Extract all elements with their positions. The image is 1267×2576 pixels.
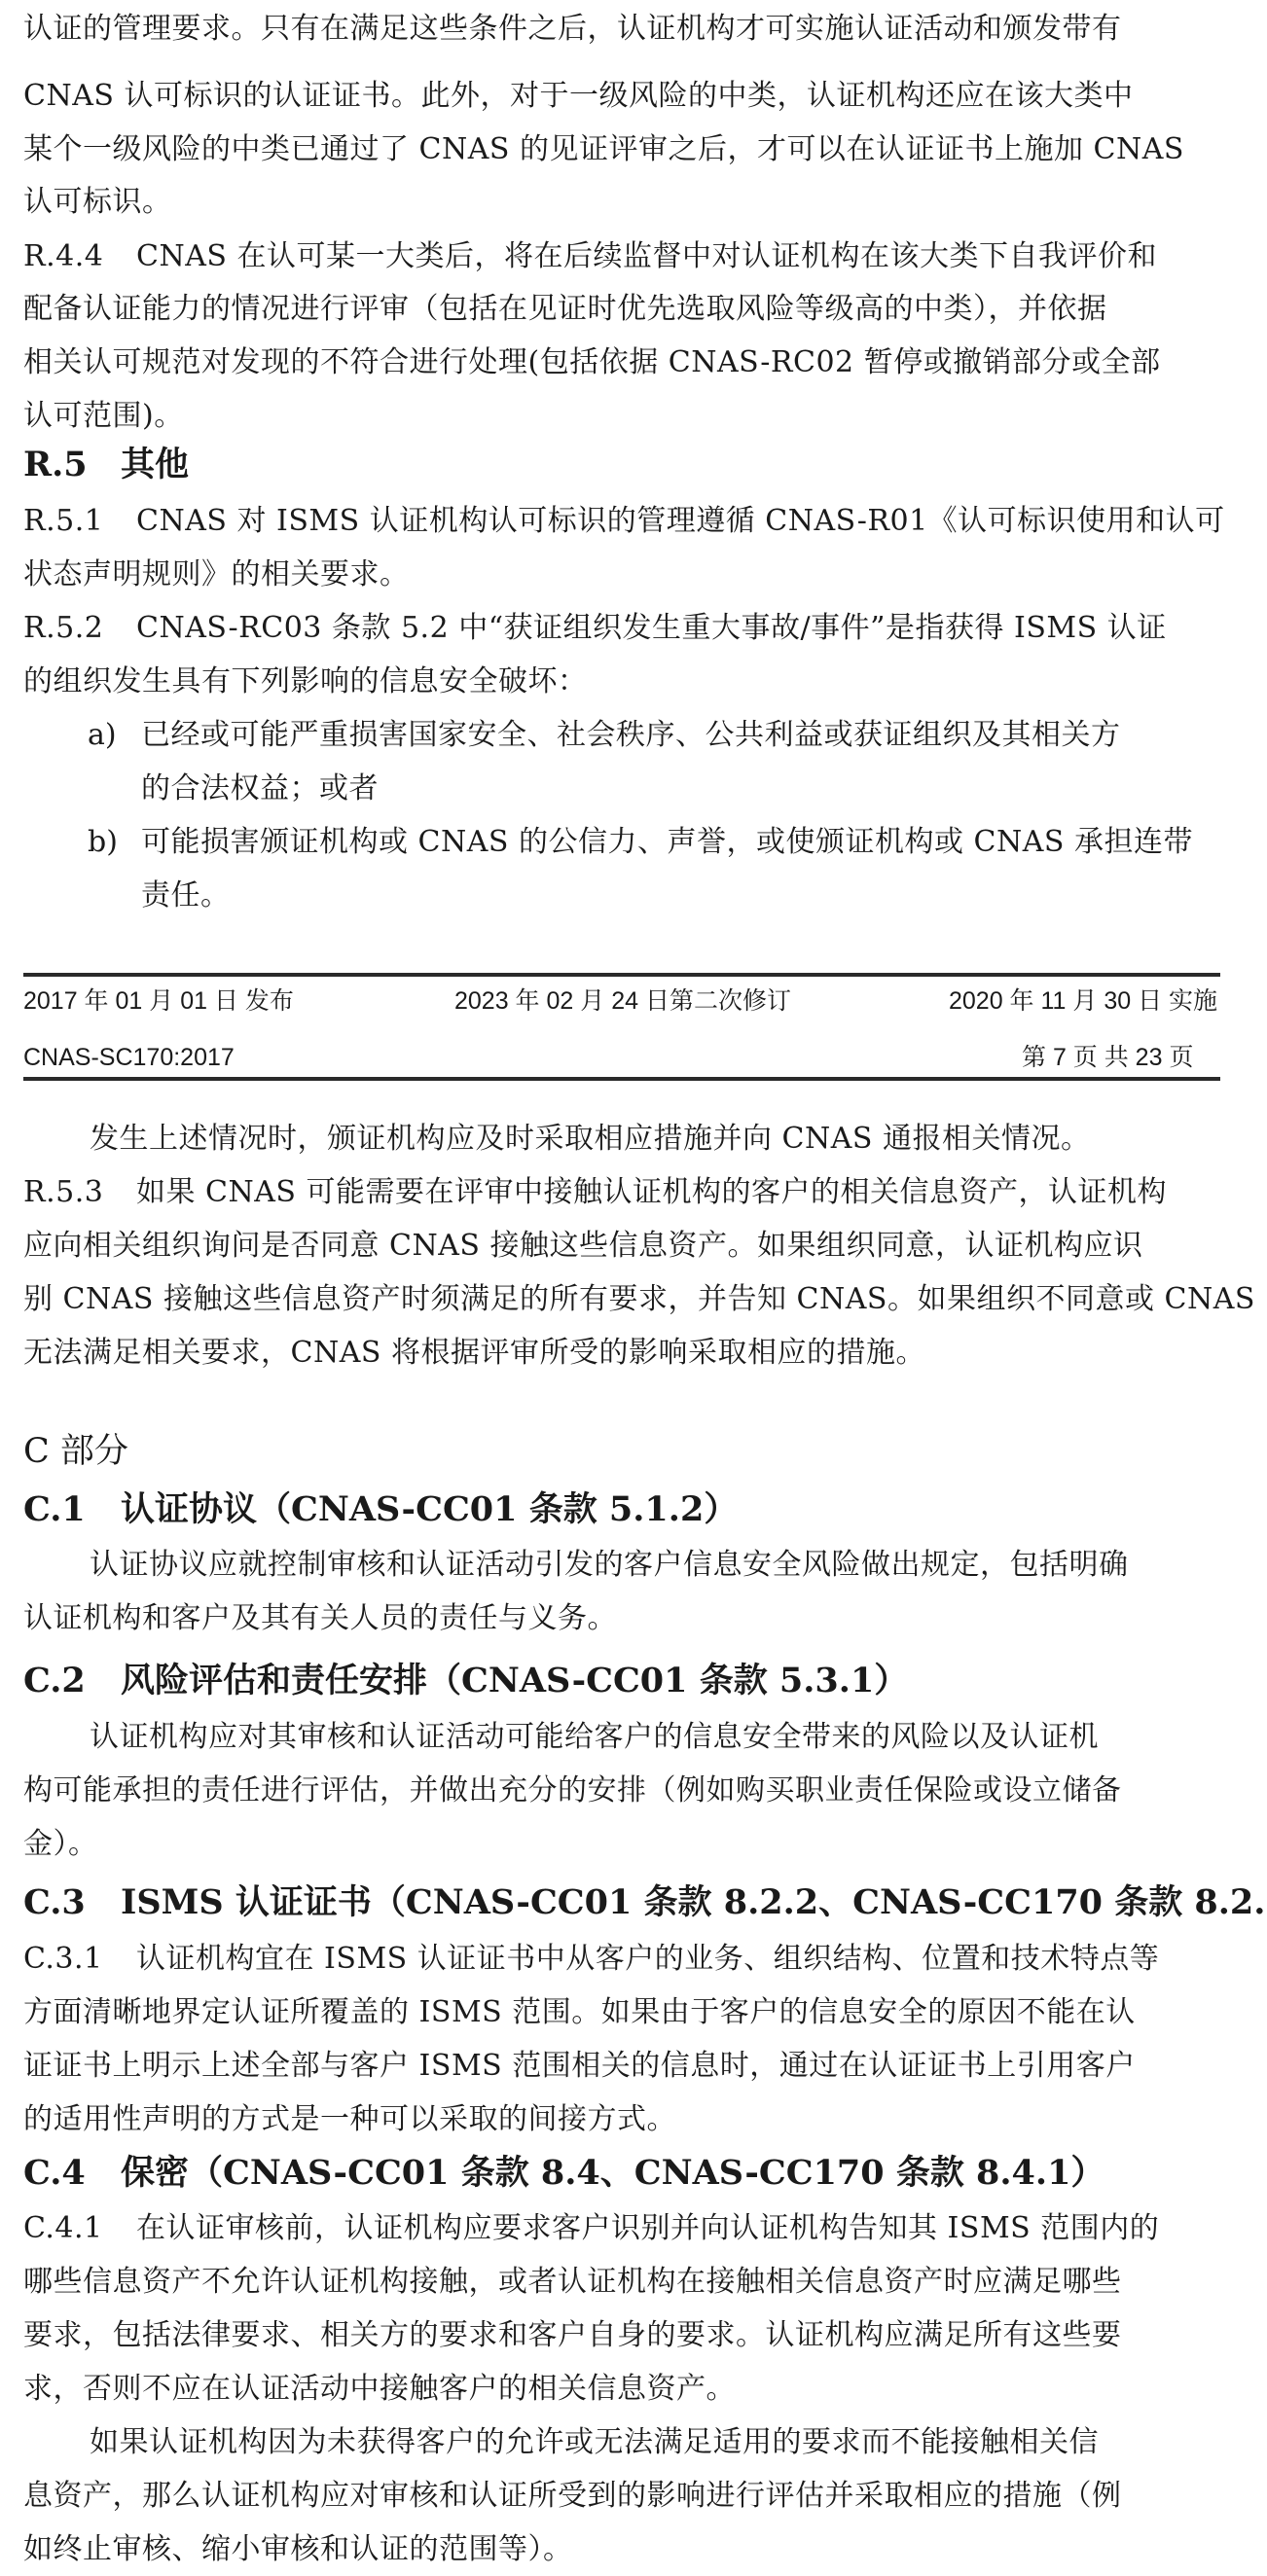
list-item-a-cont: 的合法权益；或者 [141,764,1267,814]
section-heading-r5: R.5其他 [23,440,189,490]
body-line: 如果认证机构因为未获得客户的允许或无法满足适用的要求而不能接触相关信 [90,2417,1267,2468]
clause-text: 如果 CNAS 可能需要在评审中接触认证机构的客户的相关信息资产，认证机构 [136,1175,1167,1209]
body-line: 认证机构应对其审核和认证活动可能给客户的信息安全带来的风险以及认证机 [90,1712,1267,1763]
body-line: 无法满足相关要求，CNAS 将根据评审所受的影响采取相应的措施。 [23,1328,1244,1378]
section-title: 风险评估和责任安排（CNAS-CC01 条款 5.3.1） [121,1661,908,1700]
clause-number: R.5.3 [23,1167,136,1218]
body-line: 哪些信息资产不允许认证机构接触，或者认证机构在接触相关信息资产时应满足哪些 [23,2257,1244,2308]
body-line: 如终止审核、缩小审核和认证的范围等）。 [23,2524,1244,2575]
section-number: R.5 [23,440,121,490]
document-page: 认证的管理要求。只有在满足这些条件之后，认证机构才可实施认证活动和颁发带有 CN… [0,0,1267,2576]
clause-text: 在认证审核前，认证机构应要求客户识别并向认证机构告知其 ISMS 范围内的 [136,2211,1159,2245]
clause-number: C.3.1 [23,1934,136,1985]
list-item-a: 已经或可能严重损害国家安全、社会秩序、公共利益或获证组织及其相关方 [141,710,1267,761]
body-line: 别 CNAS 接触这些信息资产时须满足的所有要求，并告知 CNAS。如果组织不同… [23,1274,1244,1325]
header-page-info: 第 7 页 共 23 页 [1022,1041,1193,1074]
clause-text: CNAS-RC03 条款 5.2 中“获证组织发生重大事故/事件”是指获得 IS… [136,611,1167,645]
body-line: 认可标识。 [23,177,1244,228]
body-line: 构可能承担的责任进行评估，并做出充分的安排（例如购买职业责任保险或设立储备 [23,1766,1244,1816]
section-heading-c2: C.2风险评估和责任安排（CNAS-CC01 条款 5.3.1） [23,1656,908,1706]
clause-number: R.4.4 [23,232,136,282]
section-title: 保密（CNAS-CC01 条款 8.4、CNAS-CC170 条款 8.4.1） [121,2153,1104,2193]
clause-c41: C.4.1在认证审核前，认证机构应要求客户识别并向认证机构告知其 ISMS 范围… [23,2203,1244,2254]
clause-number: C.4.1 [23,2203,136,2254]
section-number: C.2 [23,1656,121,1706]
section-title: ISMS 认证证书（CNAS-CC01 条款 8.2.2、CNAS-CC170 … [121,1882,1267,1922]
section-heading-c4: C.4保密（CNAS-CC01 条款 8.4、CNAS-CC170 条款 8.4… [23,2148,1104,2199]
body-line: 相关认可规范对发现的不符合进行处理(包括依据 CNAS-RC02 暂停或撤销部分… [23,338,1244,388]
header-rule [23,1077,1220,1081]
section-heading-c1: C.1认证协议（CNAS-CC01 条款 5.1.2） [23,1485,738,1535]
footer-revised: 2023 年 02 月 24 日第二次修订 [454,984,791,1018]
body-line: 息资产，那么认证机构应对审核和认证所受到的影响进行评估并采取相应的措施（例 [23,2471,1244,2522]
clause-r53: R.5.3如果 CNAS 可能需要在评审中接触认证机构的客户的相关信息资产，认证… [23,1167,1244,1218]
body-line: 的适用性声明的方式是一种可以采取的间接方式。 [23,2094,1244,2145]
body-line: 求，否则不应在认证活动中接触客户的相关信息资产。 [23,2364,1244,2415]
body-line: 状态声明规则》的相关要求。 [23,550,1244,600]
body-line: 证证书上明示上述全部与客户 ISMS 范围相关的信息时，通过在认证证书上引用客户 [23,2041,1244,2092]
body-line: 的组织发生具有下列影响的信息安全破坏： [23,657,1244,707]
section-title: 认证协议（CNAS-CC01 条款 5.1.2） [121,1489,738,1529]
clause-text: 认证机构宜在 ISMS 认证证书中从客户的业务、组织结构、位置和技术特点等 [136,1942,1159,1976]
clause-c31: C.3.1认证机构宜在 ISMS 认证证书中从客户的业务、组织结构、位置和技术特… [23,1934,1244,1985]
footer-rule [23,973,1220,977]
list-marker-b: b) [88,817,118,868]
body-line: 金）。 [23,1819,1244,1870]
body-line: 要求，包括法律要求、相关方的要求和客户自身的要求。认证机构应满足所有这些要 [23,2310,1244,2361]
body-line: 发生上述情况时，颁证机构应及时采取相应措施并向 CNAS 通报相关情况。 [90,1114,1267,1164]
footer-published: 2017 年 01 月 01 日 发布 [23,984,294,1018]
clause-r44: R.4.4CNAS 在认可某一大类后，将在后续监督中对认证机构在该大类下自我评价… [23,232,1244,282]
body-line: 应向相关组织询问是否同意 CNAS 接触这些信息资产。如果组织同意，认证机构应识 [23,1221,1244,1271]
clause-number: R.5.2 [23,603,136,654]
clause-number: R.5.1 [23,496,136,547]
section-heading-c3: C.3ISMS 认证证书（CNAS-CC01 条款 8.2.2、CNAS-CC1… [23,1878,1267,1928]
clause-r51: R.5.1CNAS 对 ISMS 认证机构认可标识的管理遵循 CNAS-R01《… [23,496,1244,547]
body-line: 方面清晰地界定认证所覆盖的 ISMS 范围。如果由于客户的信息安全的原因不能在认 [23,1987,1244,2038]
list-marker-a: a) [88,710,117,761]
body-line: 配备认证能力的情况进行评审（包括在见证时优先选取风险等级高的中类），并依据 [23,284,1244,335]
clause-text: CNAS 在认可某一大类后，将在后续监督中对认证机构在该大类下自我评价和 [136,239,1157,273]
list-item-b-cont: 责任。 [141,871,1267,921]
section-number: C.1 [23,1485,121,1535]
body-line: 认证协议应就控制审核和认证活动引发的客户信息安全风险做出规定，包括明确 [90,1540,1267,1591]
section-number: C.3 [23,1878,121,1928]
body-line: 某个一级风险的中类已通过了 CNAS 的见证评审之后，才可以在认证证书上施加 C… [23,125,1244,175]
section-number: C.4 [23,2148,121,2199]
header-doc-id: CNAS-SC170:2017 [23,1041,235,1074]
list-item-b: 可能损害颁证机构或 CNAS 的公信力、声誉，或使颁证机构或 CNAS 承担连带 [141,817,1267,868]
part-heading: C 部分 [23,1426,128,1477]
clause-r52: R.5.2CNAS-RC03 条款 5.2 中“获证组织发生重大事故/事件”是指… [23,603,1244,654]
footer-effective: 2020 年 11 月 30 日 实施 [949,984,1217,1018]
body-line: 认可范围)。 [23,391,1244,442]
body-line: CNAS 认可标识的认证证书。此外，对于一级风险的中类，认证机构还应在该大类中 [23,71,1244,122]
body-line: 认证的管理要求。只有在满足这些条件之后，认证机构才可实施认证活动和颁发带有 [23,4,1244,54]
clause-text: CNAS 对 ISMS 认证机构认可标识的管理遵循 CNAS-R01《认可标识使… [136,504,1225,538]
section-title: 其他 [121,445,189,484]
body-line: 认证机构和客户及其有关人员的责任与义务。 [23,1593,1244,1644]
